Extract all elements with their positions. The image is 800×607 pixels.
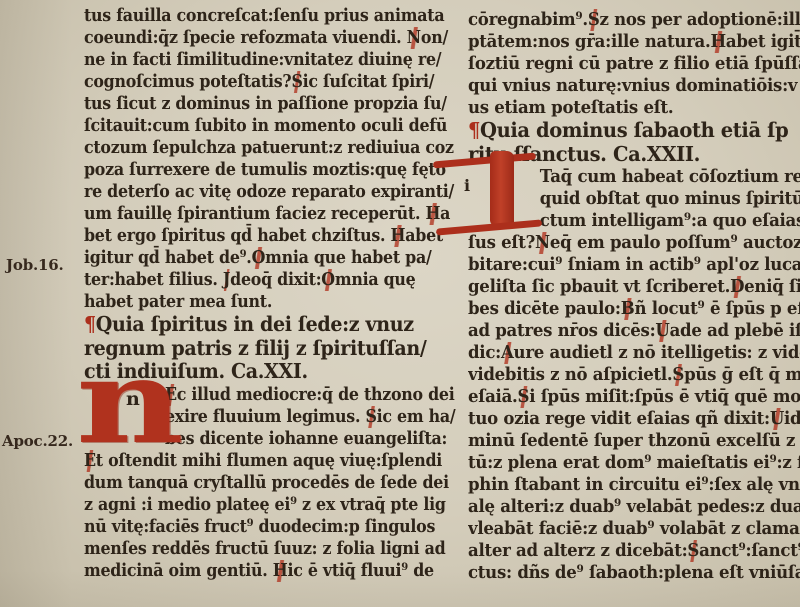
text-line: geliſta ſic pbauit vt ſcriberet.Deniq̄ ſ… <box>468 276 800 298</box>
text-line: alę alteri:z duab⁹ velabāt pedes:z duabu <box>468 496 800 518</box>
text-line: um fauillę ſpirantium faciez receperūt. … <box>84 203 498 225</box>
text-line: phin ſtabant in circuitu ei⁹:ſex alę vni… <box>468 474 800 496</box>
text-line: ¶Quia dominus ſabaoth etiā ſp <box>468 119 800 143</box>
rubricated-capital: H <box>711 31 726 53</box>
text-line: cōregnabim⁹.Sz nos per adoptionē:ill <box>468 9 800 31</box>
rubricated-capital: S <box>672 364 684 386</box>
text-line: qui vnius naturę:vnius dominatiōis:v <box>468 75 800 97</box>
text-line: videbitis z nō aſpicietl.Spūs ḡ eſt q̄ m… <box>468 364 800 386</box>
text-line: bet ergo ſpiritus qd̄ habet chziſtus. Ha… <box>84 225 498 247</box>
rubricated-capital: H <box>391 225 406 247</box>
text-line: ad patres nr̄os dicēs:Uade ad plebē iſtā <box>468 320 800 342</box>
text-column-left: tus fauilla concreſcat:ſenſu prius anima… <box>84 5 460 582</box>
text-line: tus ſicut z dominus in paſſione propzia … <box>84 93 498 115</box>
text-line: bes dicēte paulo:Bñ locut⁹ ē ſpūs p eſa <box>468 298 800 320</box>
text-line: ſoztiū regni cū patre z filio etiā ſpūſſ… <box>468 53 800 75</box>
book-page-scan: Job.16. Apoc.22. tus fauilla concreſcat:… <box>0 0 800 607</box>
guide-letter-i: i <box>464 178 470 194</box>
text-line: cti indiuiſum. Ca.XXI. <box>84 360 521 384</box>
text-line: ptātem:nos gr̄a:ille natura.Habet igit̄ <box>468 31 800 53</box>
rubricated-capital: S <box>365 406 376 428</box>
rubricated-capital: A <box>501 342 514 364</box>
text-line: ctus: dñs de⁹ ſabaoth:plena eſt vniūſa t… <box>468 562 800 584</box>
text-line: medicinā oim gentiū. Hic ē vtiq̄ fluui⁹ … <box>84 560 498 582</box>
text-line: habet pater mea ſunt. <box>84 291 498 313</box>
text-line: igitur qd̄ habet de⁹.Omnia que habet pa/ <box>84 247 498 269</box>
rubricated-capital: O <box>252 247 266 269</box>
text-line: eſaiā.Si ſpūs miſit:ſpūs ē vtiq̄ quē mo <box>468 386 800 408</box>
text-line: alter ad alterz z dicebāt:Sanct⁹:ſanct⁹:… <box>468 540 800 562</box>
text-line: poza ſurrexere de tumulis moztis:quę fęt… <box>84 159 498 181</box>
text-line: ctozum ſepulchza patuerunt:z rediuiua co… <box>84 137 498 159</box>
rubricated-capital: B <box>621 298 635 320</box>
pilcrow-icon: ¶ <box>468 118 480 142</box>
text-line: tus fauilla concreſcat:ſenſu prius anima… <box>84 5 498 27</box>
pilcrow-icon: ¶ <box>84 312 96 336</box>
text-line: vleabāt faciē:z duab⁹ volabāt z clamabā <box>468 518 800 540</box>
text-line: minū ſedentē ſuper thzonū excelſū z eleu <box>468 430 800 452</box>
marginal-note-apoc: Apoc.22. <box>2 432 73 450</box>
rubricated-capital: S <box>291 71 302 93</box>
rubricated-capital: D <box>730 276 744 298</box>
text-line: quid obſtat quo minus ſpiritūſa <box>468 188 800 210</box>
text-line: Et oſtendit mihi flumen aquę viuę:ſplend… <box>84 450 498 472</box>
text-line: tū:z plena erat dom⁹ maieſtatis ei⁹:z ſe… <box>468 452 800 474</box>
text-line: ritu ſſanctus. Ca.XXII. <box>468 143 800 167</box>
rubricated-capital: H <box>273 560 288 582</box>
rubricated-capital: U <box>655 320 669 342</box>
text-line: regnum patris z filij z ſpirituſſan/ <box>84 337 521 361</box>
marginal-note-job: Job.16. <box>6 256 64 274</box>
rubricated-capital: S <box>588 9 600 31</box>
text-line: dic:Aure audietl z nō itelligetis: z vid… <box>468 342 800 364</box>
rubricated-capital: J <box>223 269 230 291</box>
text-line: cognoſcimus poteſtatis?Sic ſuſcitat ſpir… <box>84 71 498 93</box>
text-line: dum tanquā cryſtallū procedēs de ſede de… <box>84 472 498 494</box>
rubricated-capital: S <box>518 386 530 408</box>
text-line: coeundi:q̄z ſpecie refozmata viuendi. No… <box>84 27 498 49</box>
text-line: re deterſo ac vitę odoze reparato expira… <box>84 181 498 203</box>
rubricated-capital: S <box>687 540 699 562</box>
rubricated-capital: E <box>84 450 96 472</box>
rubricated-capital: N <box>535 232 550 254</box>
text-line: ſus eſt?Neq̄ em paulo poſſum⁹ auctoze <box>468 232 800 254</box>
text-line: ¶Quia ſpiritus in dei ſede:z vnuz <box>84 313 521 337</box>
rubricated-capital: H <box>425 203 440 225</box>
text-line: bitare:cui⁹ ſniam in actib⁹ apl'oz lucas… <box>468 254 800 276</box>
text-line: ctum intelligam⁹:a quo eſaias m <box>468 210 800 232</box>
text-line: menſes reddēs fructū ſuuz: z folia ligni… <box>84 538 498 560</box>
text-line: nū vitę:faciēs fruct⁹ duodecim:p ſingulo… <box>84 516 498 538</box>
text-column-right: cōregnabim⁹.Sz nos per adoptionē:illptāt… <box>468 9 800 601</box>
text-line: ter:habet filius. Jdeoq̄ dixit:Omnia quę <box>84 269 498 291</box>
text-line: z agni :i medio plateę ei⁹ z ex vtraq̄ p… <box>84 494 498 516</box>
guide-letter-n: n <box>126 390 140 409</box>
text-line: ſcitauit:cum ſubito in momento oculi def… <box>84 115 498 137</box>
rubricated-capital: O <box>321 269 335 291</box>
rubricated-capital: U <box>770 408 784 430</box>
text-line: ne in facti ſimilitudine:vnitatez diuinę… <box>84 49 498 71</box>
rubricated-capital: N <box>407 27 421 49</box>
text-line: us etiam poteſtatis eſt. <box>468 97 800 119</box>
text-line: Taq̄ cum habeat cōſoztium reg <box>468 166 800 188</box>
rubricated-capital: E <box>165 384 177 406</box>
text-line: tuo ozia rege vidit eſaias qñ dixit:Uidi… <box>468 408 800 430</box>
